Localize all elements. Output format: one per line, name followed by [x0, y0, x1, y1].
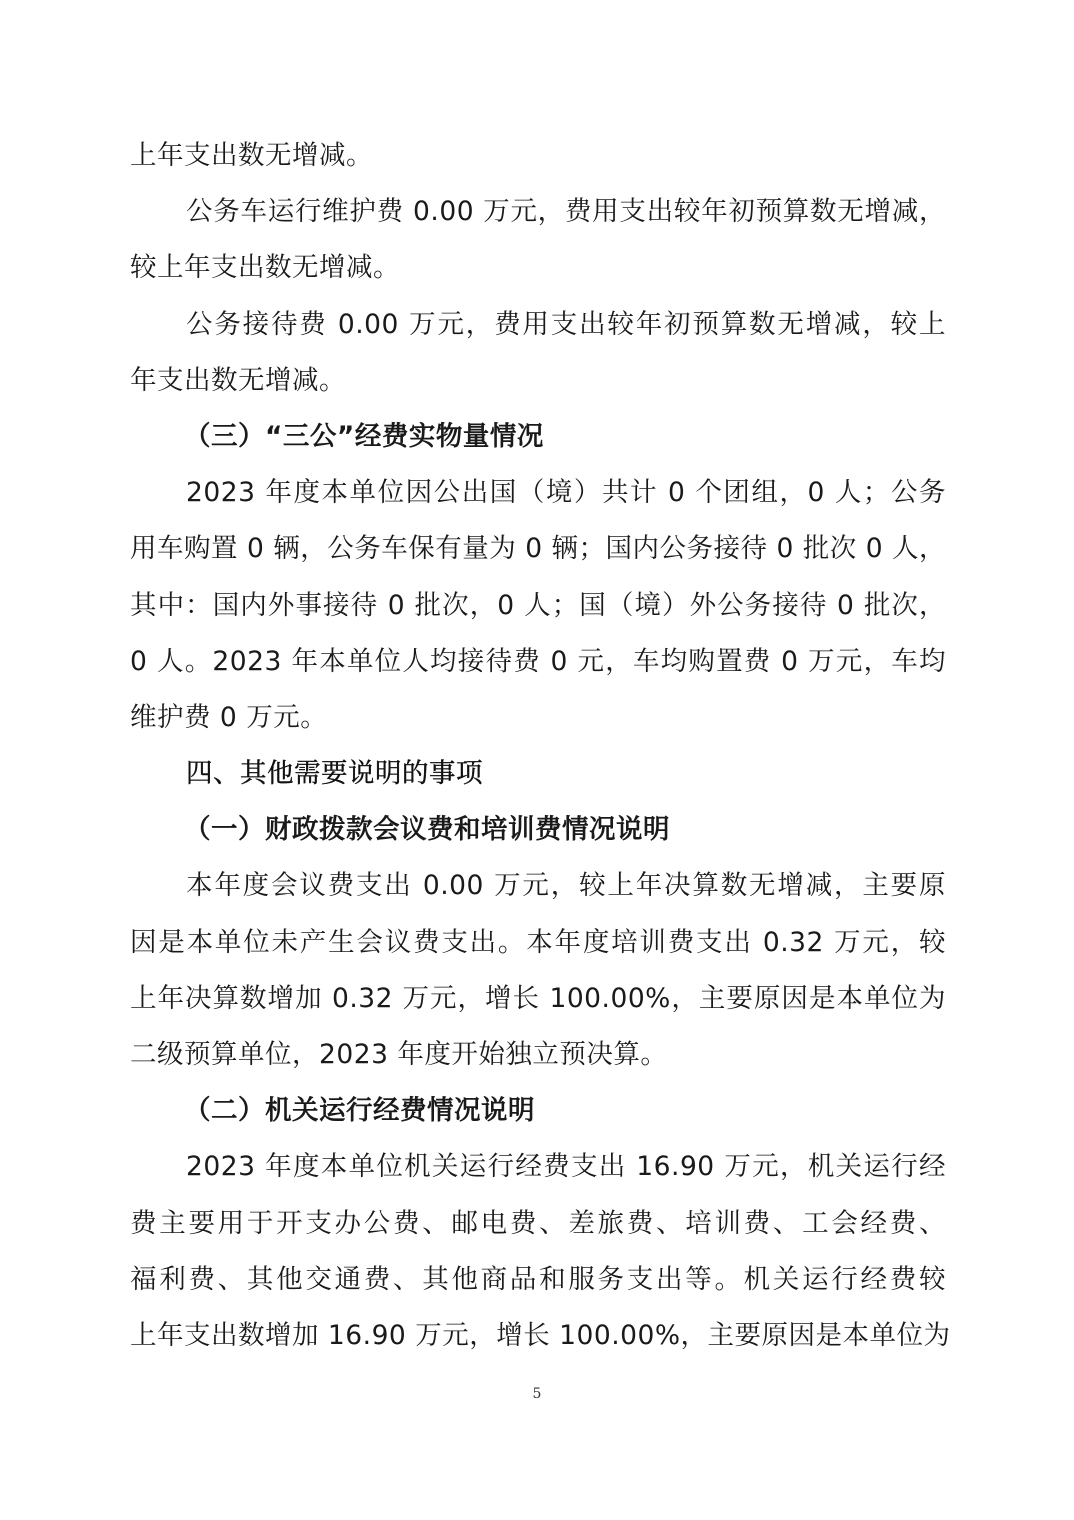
- section-heading: 四、其他需要说明的事项: [130, 746, 946, 802]
- paragraph-line: 2023 年度本单位机关运行经费支出 16.90 万元，机关运行经: [130, 1139, 946, 1195]
- page-number: 5: [0, 1386, 1074, 1402]
- paragraph-line: 0 人。2023 年本单位人均接待费 0 元，车均购置费 0 万元，车均: [130, 634, 946, 690]
- paragraph-line: 上年支出数增加 16.90 万元，增长 100.00%，主要原因是本单位为: [130, 1308, 946, 1364]
- paragraph-line: 上年支出数无增减。: [130, 128, 946, 184]
- section-subheading: （三）“三公”经费实物量情况: [130, 409, 946, 465]
- document-body: 上年支出数无增减。 公务车运行维护费 0.00 万元，费用支出较年初预算数无增减…: [130, 128, 946, 1364]
- paragraph-line: 较上年支出数无增减。: [130, 240, 946, 296]
- paragraph-line: 费主要用于开支办公费、邮电费、差旅费、培训费、工会经费、: [130, 1196, 946, 1252]
- paragraph-line: 上年决算数增加 0.32 万元，增长 100.00%，主要原因是本单位为: [130, 971, 946, 1027]
- paragraph-line: 福利费、其他交通费、其他商品和服务支出等。机关运行经费较: [130, 1252, 946, 1308]
- paragraph-line: 本年度会议费支出 0.00 万元，较上年决算数无增减，主要原: [130, 858, 946, 914]
- paragraph-line: 公务车运行维护费 0.00 万元，费用支出较年初预算数无增减，: [130, 184, 946, 240]
- document-page: 上年支出数无增减。 公务车运行维护费 0.00 万元，费用支出较年初预算数无增减…: [0, 0, 1074, 1520]
- section-subheading: （二）机关运行经费情况说明: [130, 1083, 946, 1139]
- paragraph-line: 二级预算单位，2023 年度开始独立预决算。: [130, 1027, 946, 1083]
- paragraph-line: 其中：国内外事接待 0 批次，0 人；国（境）外公务接待 0 批次，: [130, 578, 946, 634]
- paragraph-line: 维护费 0 万元。: [130, 690, 946, 746]
- paragraph-line: 2023 年度本单位因公出国（境）共计 0 个团组，0 人；公务: [130, 465, 946, 521]
- paragraph-line: 因是本单位未产生会议费支出。本年度培训费支出 0.32 万元，较: [130, 915, 946, 971]
- paragraph-line: 年支出数无增减。: [130, 353, 946, 409]
- paragraph-line: 公务接待费 0.00 万元，费用支出较年初预算数无增减，较上: [130, 297, 946, 353]
- section-subheading: （一）财政拨款会议费和培训费情况说明: [130, 802, 946, 858]
- paragraph-line: 用车购置 0 辆，公务车保有量为 0 辆；国内公务接待 0 批次 0 人，: [130, 521, 946, 577]
